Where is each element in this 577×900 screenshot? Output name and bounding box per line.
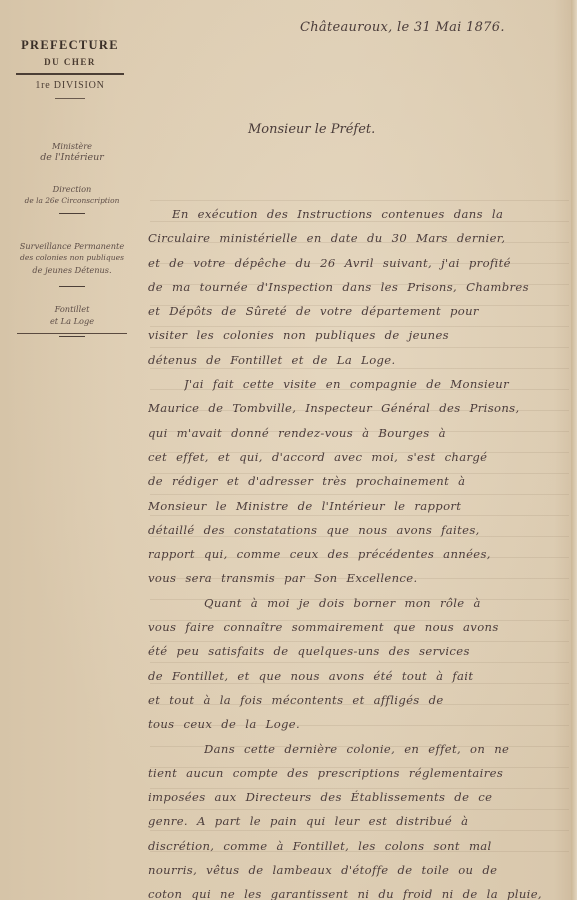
margin-note-subject: Surveillance Permanente des colonies non… xyxy=(8,240,136,293)
body-line: de rédiger et d'adresser très prochainem… xyxy=(148,469,567,493)
paper-edge xyxy=(571,0,577,900)
margin-line: de la 26e Circonscription xyxy=(8,195,136,207)
margin-line: Ministère xyxy=(8,140,136,152)
margin-divider xyxy=(59,213,85,214)
margin-rule xyxy=(17,333,127,334)
body-line: Quant à moi je dois borner mon rôle à xyxy=(204,591,567,615)
body-line: nourris, vêtus de lambeaux d'étoffe de t… xyxy=(148,858,567,882)
margin-line: des colonies non publiques xyxy=(8,252,136,264)
margin-line: Surveillance Permanente xyxy=(8,240,136,252)
margin-note-ministry: Ministère de l'Intérieur xyxy=(8,140,136,164)
body-line: Circulaire ministérielle en date du 30 M… xyxy=(148,226,567,250)
body-line: genre. A part le pain qui leur est distr… xyxy=(148,809,567,833)
letterhead: PREFECTURE DU CHER 1re DIVISION xyxy=(14,38,126,99)
body-line: de Fontillet, et que nous avons été tout… xyxy=(148,664,567,688)
body-line: cet effet, et qui, d'accord avec moi, s'… xyxy=(148,445,567,469)
body-line: et tout à la fois mécontents et affligés… xyxy=(148,688,567,712)
letter-body: En exécution des Instructions contenues … xyxy=(172,202,567,900)
margin-line: Fontillet xyxy=(8,303,136,315)
date-line: Châteauroux, le 31 Mai 1876. xyxy=(300,20,505,35)
letterhead-division: 1re DIVISION xyxy=(14,80,126,91)
salutation: Monsieur le Préfet. xyxy=(248,122,375,137)
body-line: En exécution des Instructions contenues … xyxy=(172,202,567,226)
body-line: imposées aux Directeurs des Établissemen… xyxy=(148,785,567,809)
body-line: détenus de Fontillet et de La Loge. xyxy=(148,348,567,372)
margin-divider xyxy=(59,336,85,337)
margin-divider xyxy=(59,286,85,287)
body-line: visiter les colonies non publiques de je… xyxy=(148,323,567,347)
margin-line: de jeunes Détenus. xyxy=(8,264,136,276)
body-line: vous sera transmis par Son Excellence. xyxy=(148,566,567,590)
body-line: et de votre dépêche du 26 Avril suivant,… xyxy=(148,251,567,275)
body-line: Monsieur le Ministre de l'Intérieur le r… xyxy=(148,494,567,518)
body-line: qui m'avait donné rendez-vous à Bourges … xyxy=(148,421,567,445)
body-line: détaillé des constatations que nous avon… xyxy=(148,518,567,542)
margin-note-places: Fontillet et La Loge xyxy=(8,303,136,343)
letterhead-subtitle: DU CHER xyxy=(14,57,126,67)
body-line: tous ceux de la Loge. xyxy=(148,712,567,736)
letterhead-short-rule xyxy=(55,98,85,99)
margin-line: de l'Intérieur xyxy=(8,152,136,164)
margin-line: et La Loge xyxy=(8,315,136,327)
body-line: et Dépôts de Sûreté de votre département… xyxy=(148,299,567,323)
body-line: Maurice de Tombville, Inspecteur Général… xyxy=(148,396,567,420)
body-line: vous faire connaître sommairement que no… xyxy=(148,615,567,639)
body-line: discrétion, comme à Fontillet, les colon… xyxy=(148,834,567,858)
body-line: Dans cette dernière colonie, en effet, o… xyxy=(204,737,567,761)
margin-line: Direction xyxy=(8,183,136,195)
body-line: de ma tournée d'Inspection dans les Pris… xyxy=(148,275,567,299)
body-line: rapport qui, comme ceux des précédentes … xyxy=(148,542,567,566)
margin-note-direction: Direction de la 26e Circonscription xyxy=(8,183,136,220)
body-line: J'ai fait cette visite en compagnie de M… xyxy=(184,372,567,396)
body-line: coton qui ne les garantissent ni du froi… xyxy=(148,882,567,900)
letterhead-title: PREFECTURE xyxy=(14,38,126,53)
body-line: tient aucun compte des prescriptions rég… xyxy=(148,761,567,785)
letter-page: PREFECTURE DU CHER 1re DIVISION Ministèr… xyxy=(0,0,577,900)
letterhead-rule xyxy=(16,73,124,75)
body-line: été peu satisfaits de quelques-uns des s… xyxy=(148,639,567,663)
